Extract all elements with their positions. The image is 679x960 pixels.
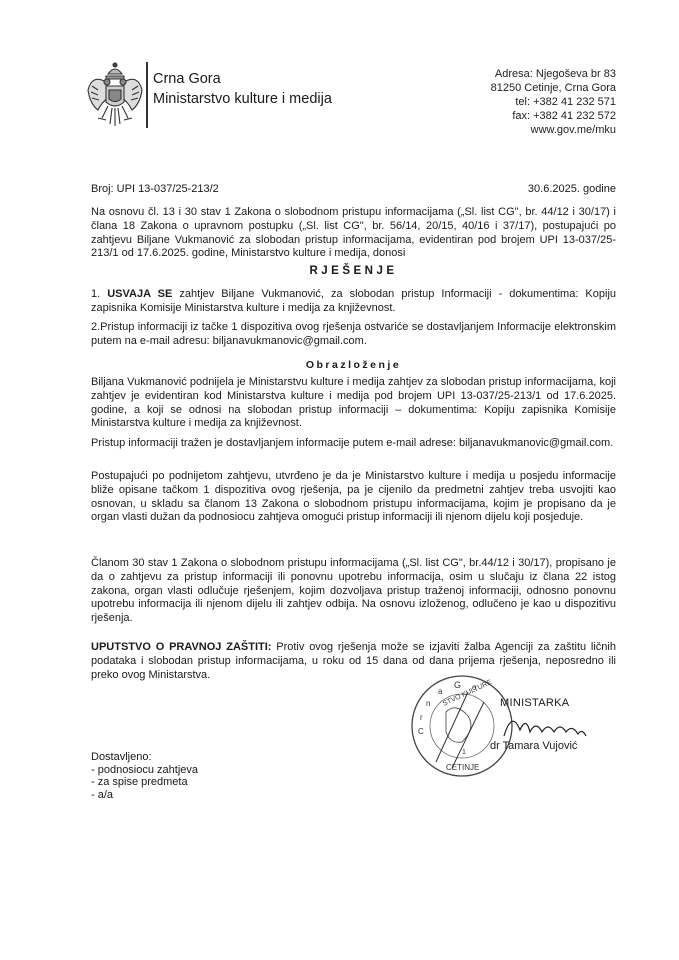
header-divider [146,62,148,128]
reasoning-paragraph-3: Postupajući po podnijetom zahtjevu, utvr… [91,470,616,525]
document-number: Broj: UPI 13-037/25-213/2 [91,183,219,197]
legal-remedy: UPUTSTVO O PRAVNOJ ZAŠTITI: Protiv ovog … [91,641,616,682]
document-date: 30.6.2025. godine [528,183,616,197]
signatory-name: dr Tamara Vujović [490,740,577,752]
item1-prefix: 1. [91,288,107,300]
contact-block: Adresa: Njegoševa br 83 81250 Cetinje, C… [491,67,616,137]
delivered-item: - podnosiocu zahtjeva [91,764,198,777]
reasoning-paragraph-1: Biljana Vukmanović podnijela je Ministar… [91,376,616,431]
decision-item-2: 2.Pristup informaciji iz tačke 1 dispozi… [91,321,616,349]
meta-row: Broj: UPI 13-037/25-213/2 30.6.2025. god… [91,183,616,197]
reasoning-title: Obrazloženje [91,359,616,371]
svg-text:r: r [420,713,423,722]
decision-item-1: 1. USVAJA SE zahtjev Biljane Vukmanović,… [91,288,616,316]
reasoning-paragraph-2: Pristup informaciji tražen je dostavljan… [91,437,616,451]
contact-city: 81250 Cetinje, Crna Gora [491,81,616,95]
delivered-title: Dostavljeno: [91,751,198,764]
contact-web: www.gov.me/mku [491,123,616,137]
delivered-block: Dostavljeno: - podnosiocu zahtjeva - za … [91,751,198,801]
svg-text:a: a [438,687,443,696]
org-ministry: Ministarstvo kulture i medija [153,89,332,109]
svg-text:CETINJE: CETINJE [446,763,479,772]
intro-paragraph: Na osnovu čl. 13 i 30 stav 1 Zakona o sl… [91,206,616,261]
coat-of-arms-icon [84,60,146,130]
svg-text:1: 1 [462,749,466,756]
legal-remedy-title: UPUTSTVO O PRAVNOJ ZAŠTITI: [91,641,271,653]
svg-text:C: C [418,727,424,736]
organization-name: Crna Gora Ministarstvo kulture i medija [153,69,332,109]
document-page: Crna Gora Ministarstvo kulture i medija … [0,0,679,960]
svg-text:G: G [454,680,461,690]
contact-fax: fax: +382 41 232 572 [491,109,616,123]
item1-bold: USVAJA SE [107,288,172,300]
delivered-item: - za spise predmeta [91,776,198,789]
contact-address: Adresa: Njegoševa br 83 [491,67,616,81]
delivered-item: - a/a [91,789,198,802]
svg-text:n: n [426,699,430,708]
handwritten-signature-icon [500,708,590,742]
org-country: Crna Gora [153,69,332,89]
reasoning-paragraph-4: Članom 30 stav 1 Zakona o slobodnom pris… [91,557,616,626]
decision-title: RJEŠENJE [91,265,616,277]
contact-tel: tel: +382 41 232 571 [491,95,616,109]
